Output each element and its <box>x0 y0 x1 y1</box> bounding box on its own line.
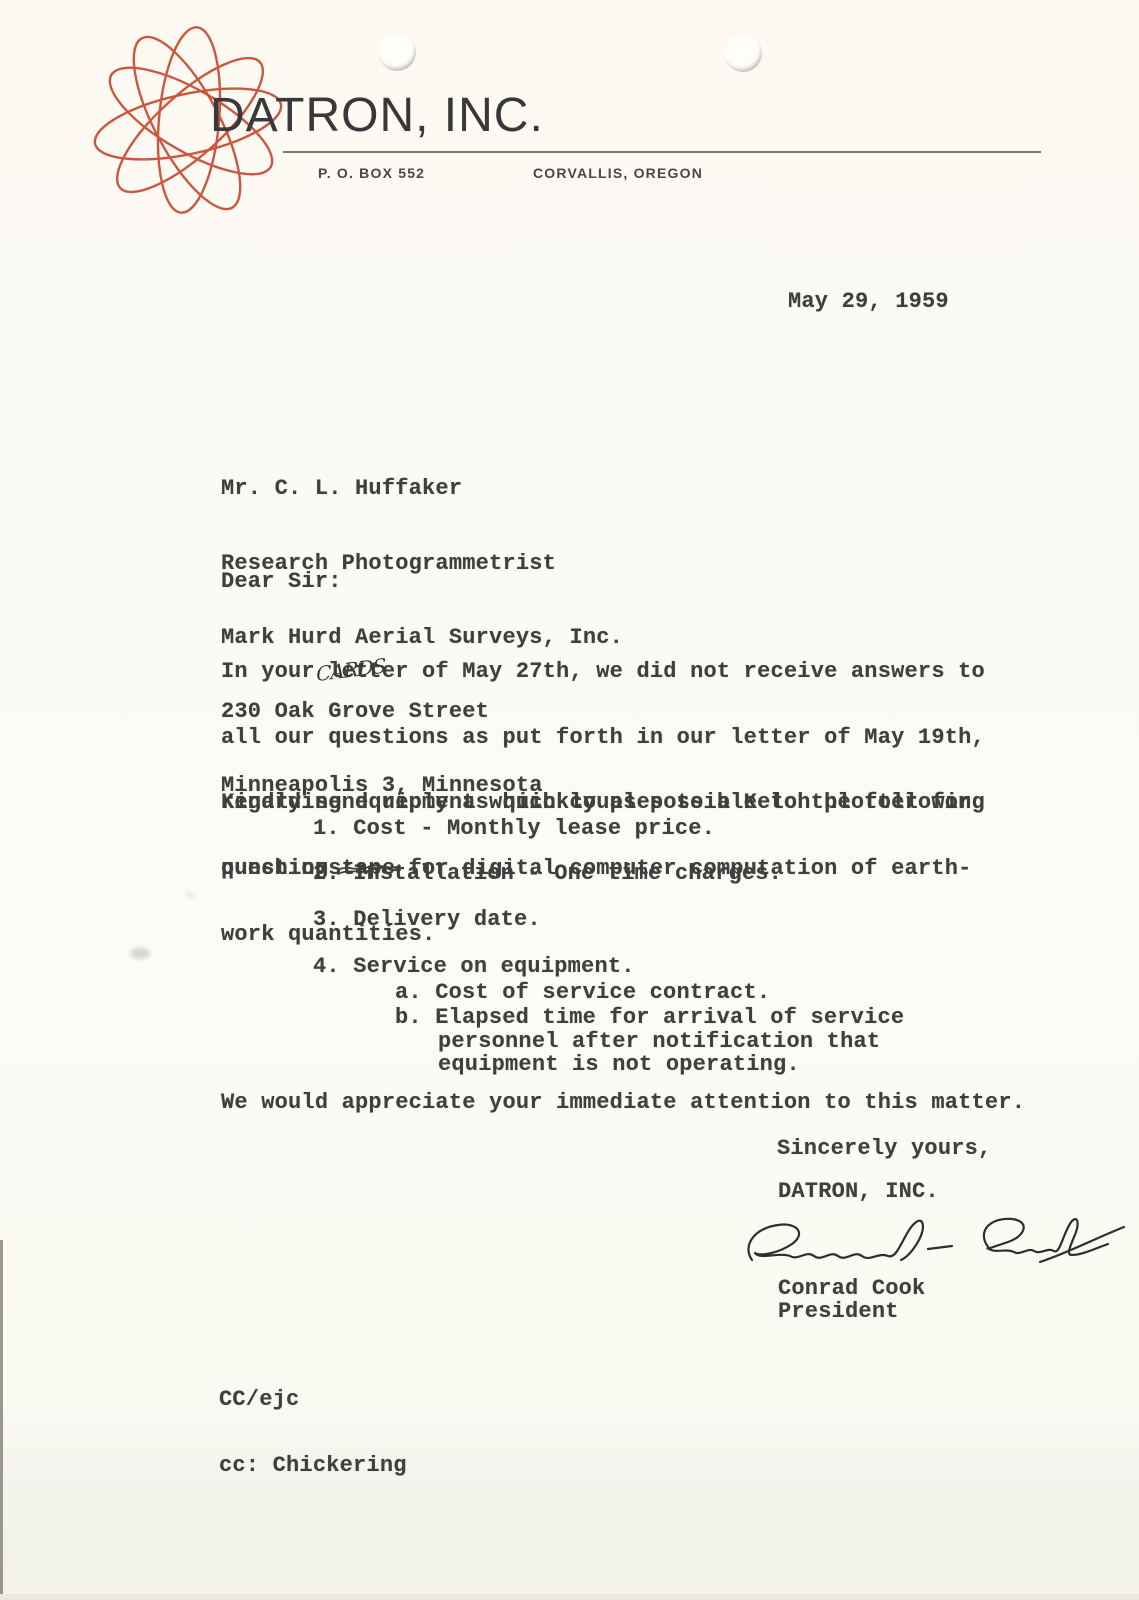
list-subitem: b. Elapsed time for arrival of service <box>395 1007 904 1029</box>
footer-block: CC/ejc cc: Chickering <box>219 1345 407 1521</box>
salutation: Dear Sir: <box>221 571 342 593</box>
paragraph-line: Kindly send reply as quickly as possible… <box>221 792 985 814</box>
scan-smudge <box>186 892 194 898</box>
scan-edge <box>0 1240 3 1598</box>
cc-line: cc: Chickering <box>219 1455 407 1477</box>
date: May 29, 1959 <box>788 291 949 313</box>
company-name: DATRON, INC. <box>210 92 544 140</box>
list-item: 3. Delivery date. <box>313 909 541 931</box>
po-box: P. O. BOX 552 <box>318 165 425 181</box>
list-item: 1. Cost - Monthly lease price. <box>313 818 715 840</box>
list-subitem-continuation: equipment is not operating. <box>438 1053 800 1076</box>
signature-company: DATRON, INC. <box>778 1181 939 1203</box>
list-subitem: a. Cost of service contract. <box>395 982 770 1004</box>
closing-line: We would appreciate your immediate atten… <box>221 1092 1025 1114</box>
list-item: 4. Service on equipment. <box>313 956 635 978</box>
reference-initials: CC/ejc <box>219 1389 407 1411</box>
signer-title: President <box>778 1301 899 1323</box>
list-subitem-continuation: personnel after notification that <box>438 1030 880 1053</box>
letterhead-rule <box>283 151 1041 153</box>
list-item: 2. Installation - One time charges. <box>313 863 782 885</box>
signature <box>738 1210 1128 1282</box>
paragraph-line: all our questions as put forth in our le… <box>221 727 985 749</box>
scan-edge <box>0 1594 1139 1600</box>
letter-page: DATRON, INC. P. O. BOX 552 CORVALLIS, OR… <box>0 0 1139 1600</box>
valediction: Sincerely yours, <box>777 1138 991 1160</box>
letterhead-city: CORVALLIS, OREGON <box>533 165 703 181</box>
punch-hole <box>378 33 416 71</box>
scan-smudge <box>130 948 150 959</box>
signer-name: Conrad Cook <box>778 1278 925 1300</box>
punch-hole <box>724 34 762 72</box>
recipient-line: Mr. C. L. Huffaker <box>221 477 623 502</box>
